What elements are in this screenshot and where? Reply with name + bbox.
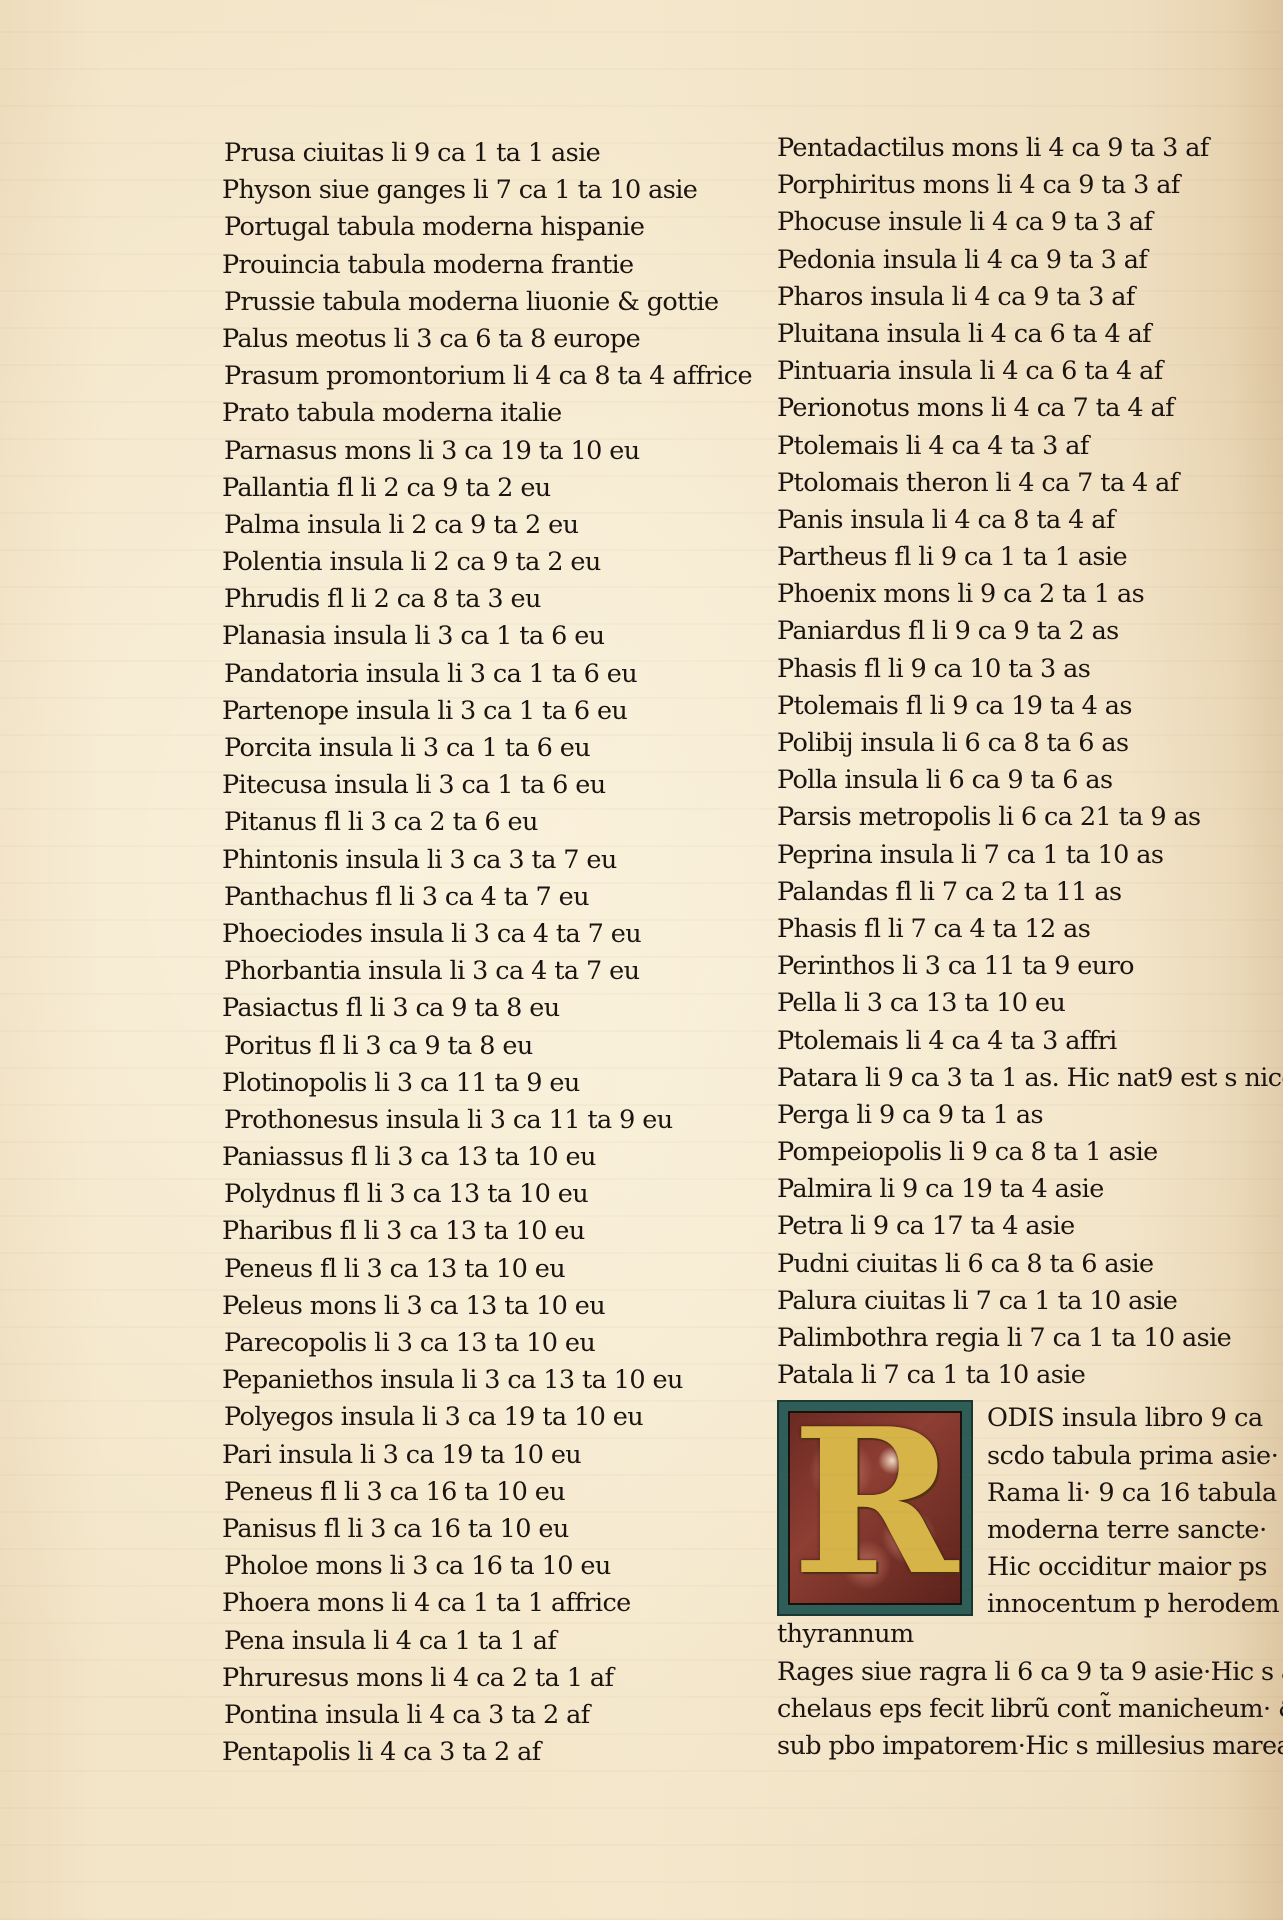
index-entry: Paniassus fl li 3 ca 13 ta 10 eu <box>222 1139 702 1176</box>
index-entry: Phocuse insule li 4 ca 9 ta 3 af <box>777 204 1257 241</box>
index-entry: Peleus mons li 3 ca 13 ta 10 eu <box>222 1288 702 1325</box>
index-entry: Phruresus mons li 4 ca 2 ta 1 af <box>222 1660 702 1697</box>
index-entry: Porcita insula li 3 ca 1 ta 6 eu <box>222 730 702 767</box>
index-entry: Perionotus mons li 4 ca 7 ta 4 af <box>777 390 1257 427</box>
index-entry: Peprina insula li 7 ca 1 ta 10 as <box>777 837 1257 874</box>
index-entry: Ptolemais li 4 ca 4 ta 3 affri <box>777 1023 1257 1060</box>
index-entry: Pitecusa insula li 3 ca 1 ta 6 eu <box>222 767 702 804</box>
index-entry: Phoenix mons li 9 ca 2 ta 1 as <box>777 576 1257 613</box>
index-entry: Ptolomais theron li 4 ca 7 ta 4 af <box>777 465 1257 502</box>
index-entry: Panis insula li 4 ca 8 ta 4 af <box>777 502 1257 539</box>
index-entry: Paniardus fl li 9 ca 9 ta 2 as <box>777 613 1257 650</box>
index-entry: Parsis metropolis li 6 ca 21 ta 9 as <box>777 799 1257 836</box>
index-entry: Partheus fl li 9 ca 1 ta 1 asie <box>777 539 1257 576</box>
text-line: Rages siue ragra li 6 ca 9 ta 9 asie·Hic… <box>777 1654 1283 1691</box>
index-entry: Phoeciodes insula li 3 ca 4 ta 7 eu <box>222 916 702 953</box>
index-entry: Prusa ciuitas li 9 ca 1 ta 1 asie <box>222 135 702 172</box>
index-entry: Phorbantia insula li 3 ca 4 ta 7 eu <box>222 953 702 990</box>
index-entry: Polyegos insula li 3 ca 19 ta 10 eu <box>222 1399 702 1436</box>
index-entry: Portugal tabula moderna hispanie <box>222 209 702 246</box>
index-entry: Petra li 9 ca 17 ta 4 asie <box>777 1208 1257 1245</box>
index-entry: Physon siue ganges li 7 ca 1 ta 10 asie <box>222 172 702 209</box>
index-entry: Polydnus fl li 3 ca 13 ta 10 eu <box>222 1176 702 1213</box>
initial-adjacent-text: ODIS insula libro 9 ca scdo tabula prima… <box>987 1400 1277 1623</box>
index-entry: Parnasus mons li 3 ca 19 ta 10 eu <box>222 433 702 470</box>
index-entry: Planasia insula li 3 ca 1 ta 6 eu <box>222 618 702 655</box>
index-entry: Ptolemais fl li 9 ca 19 ta 4 as <box>777 688 1257 725</box>
index-entry: Pharibus fl li 3 ca 13 ta 10 eu <box>222 1213 702 1250</box>
index-entry: Peneus fl li 3 ca 13 ta 10 eu <box>222 1251 702 1288</box>
index-entry: Pandatoria insula li 3 ca 1 ta 6 eu <box>222 656 702 693</box>
index-entry: Palura ciuitas li 7 ca 1 ta 10 asie <box>777 1283 1257 1320</box>
index-entry: Pedonia insula li 4 ca 9 ta 3 af <box>777 242 1257 279</box>
index-entry: Phintonis insula li 3 ca 3 ta 7 eu <box>222 842 702 879</box>
text-line: moderna terre sancte· <box>987 1512 1277 1549</box>
index-entry: Pudni ciuitas li 6 ca 8 ta 6 asie <box>777 1246 1257 1283</box>
initial-section: R ODIS insula libro 9 ca scdo tabula pri… <box>777 1400 1257 1650</box>
index-entry: Pasiactus fl li 3 ca 9 ta 8 eu <box>222 990 702 1027</box>
index-entry: Partenope insula li 3 ca 1 ta 6 eu <box>222 693 702 730</box>
index-entry: Panisus fl li 3 ca 16 ta 10 eu <box>222 1511 702 1548</box>
text-line: Rama li· 9 ca 16 tabula <box>987 1475 1277 1512</box>
index-entry: Patala li 7 ca 1 ta 10 asie <box>777 1357 1257 1394</box>
index-entry: Palma insula li 2 ca 9 ta 2 eu <box>222 507 702 544</box>
index-entry: Polentia insula li 2 ca 9 ta 2 eu <box>222 544 702 581</box>
index-entry: Prothonesus insula li 3 ca 11 ta 9 eu <box>222 1102 702 1139</box>
index-entry: Prato tabula moderna italie <box>222 395 702 432</box>
index-entry: Pintuaria insula li 4 ca 6 ta 4 af <box>777 353 1257 390</box>
index-entry: Pallantia fl li 2 ca 9 ta 2 eu <box>222 470 702 507</box>
index-entry: Pari insula li 3 ca 19 ta 10 eu <box>222 1437 702 1474</box>
index-entry: Palmira li 9 ca 19 ta 4 asie <box>777 1171 1257 1208</box>
index-entry: Pharos insula li 4 ca 9 ta 3 af <box>777 279 1257 316</box>
index-entry: Prasum promontorium li 4 ca 8 ta 4 affri… <box>222 358 702 395</box>
index-entry: Pena insula li 4 ca 1 ta 1 af <box>222 1623 702 1660</box>
initial-letter: R <box>790 1411 960 1603</box>
book-page: Prusa ciuitas li 9 ca 1 ta 1 asie Physon… <box>0 0 1283 1920</box>
index-entry: Pentadactilus mons li 4 ca 9 ta 3 af <box>777 130 1257 167</box>
index-entry: Palandas fl li 7 ca 2 ta 11 as <box>777 874 1257 911</box>
decorated-initial: R <box>777 1400 973 1616</box>
right-column: Pentadactilus mons li 4 ca 9 ta 3 af Por… <box>777 130 1257 1650</box>
index-entry: Prussie tabula moderna liuonie & gottie <box>222 284 702 321</box>
index-entry: Pitanus fl li 3 ca 2 ta 6 eu <box>222 804 702 841</box>
foliage-ornament-icon: R <box>788 1411 962 1605</box>
index-entry: Pentapolis li 4 ca 3 ta 2 af <box>222 1734 702 1771</box>
text-line: scdo tabula prima asie· <box>987 1438 1277 1475</box>
index-entry: Peneus fl li 3 ca 16 ta 10 eu <box>222 1474 702 1511</box>
index-entry: Pompeiopolis li 9 ca 8 ta 1 asie <box>777 1134 1257 1171</box>
index-entry: Palimbothra regia li 7 ca 1 ta 10 asie <box>777 1320 1257 1357</box>
index-entry: Perinthos li 3 ca 11 ta 9 euro <box>777 948 1257 985</box>
text-line: ODIS insula libro 9 ca <box>987 1400 1277 1437</box>
index-entry: Phasis fl li 9 ca 10 ta 3 as <box>777 651 1257 688</box>
index-entry: Polla insula li 6 ca 9 ta 6 as <box>777 762 1257 799</box>
index-entry: Pepaniethos insula li 3 ca 13 ta 10 eu <box>222 1362 702 1399</box>
index-entry: Perga li 9 ca 9 ta 1 as <box>777 1097 1257 1134</box>
text-line: chelaus eps fecit librũ cont̃ manicheum·… <box>777 1691 1283 1728</box>
index-entry: Polibij insula li 6 ca 8 ta 6 as <box>777 725 1257 762</box>
left-column: Prusa ciuitas li 9 ca 1 ta 1 asie Physon… <box>222 135 702 1771</box>
index-entry: Phoera mons li 4 ca 1 ta 1 affrice <box>222 1585 702 1622</box>
index-entry: Plotinopolis li 3 ca 11 ta 9 eu <box>222 1065 702 1102</box>
index-entry: Phasis fl li 7 ca 4 ta 12 as <box>777 911 1257 948</box>
text-line: sub pbo impatorem·Hic s millesius mareas <box>777 1728 1283 1765</box>
index-entry: Porphiritus mons li 4 ca 9 ta 3 af <box>777 167 1257 204</box>
index-entry: Parecopolis li 3 ca 13 ta 10 eu <box>222 1325 702 1362</box>
text-after-initial: thyrannum Rages siue ragra li 6 ca 9 ta … <box>777 1616 1283 1765</box>
index-entry: Pella li 3 ca 13 ta 10 eu <box>777 985 1257 1022</box>
index-entry: Ptolemais li 4 ca 4 ta 3 af <box>777 428 1257 465</box>
index-entry: Patara li 9 ca 3 ta 1 as. Hic nat9 est s… <box>777 1060 1257 1097</box>
index-entry: Pholoe mons li 3 ca 16 ta 10 eu <box>222 1548 702 1585</box>
index-entry: Poritus fl li 3 ca 9 ta 8 eu <box>222 1028 702 1065</box>
index-entry: Pontina insula li 4 ca 3 ta 2 af <box>222 1697 702 1734</box>
index-entry: Prouincia tabula moderna frantie <box>222 247 702 284</box>
index-entry: Pluitana insula li 4 ca 6 ta 4 af <box>777 316 1257 353</box>
text-line: Hic occiditur maior ps <box>987 1549 1277 1586</box>
index-entry: Phrudis fl li 2 ca 8 ta 3 eu <box>222 581 702 618</box>
text-line: thyrannum <box>777 1616 1283 1653</box>
index-entry: Panthachus fl li 3 ca 4 ta 7 eu <box>222 879 702 916</box>
index-entry: Palus meotus li 3 ca 6 ta 8 europe <box>222 321 702 358</box>
